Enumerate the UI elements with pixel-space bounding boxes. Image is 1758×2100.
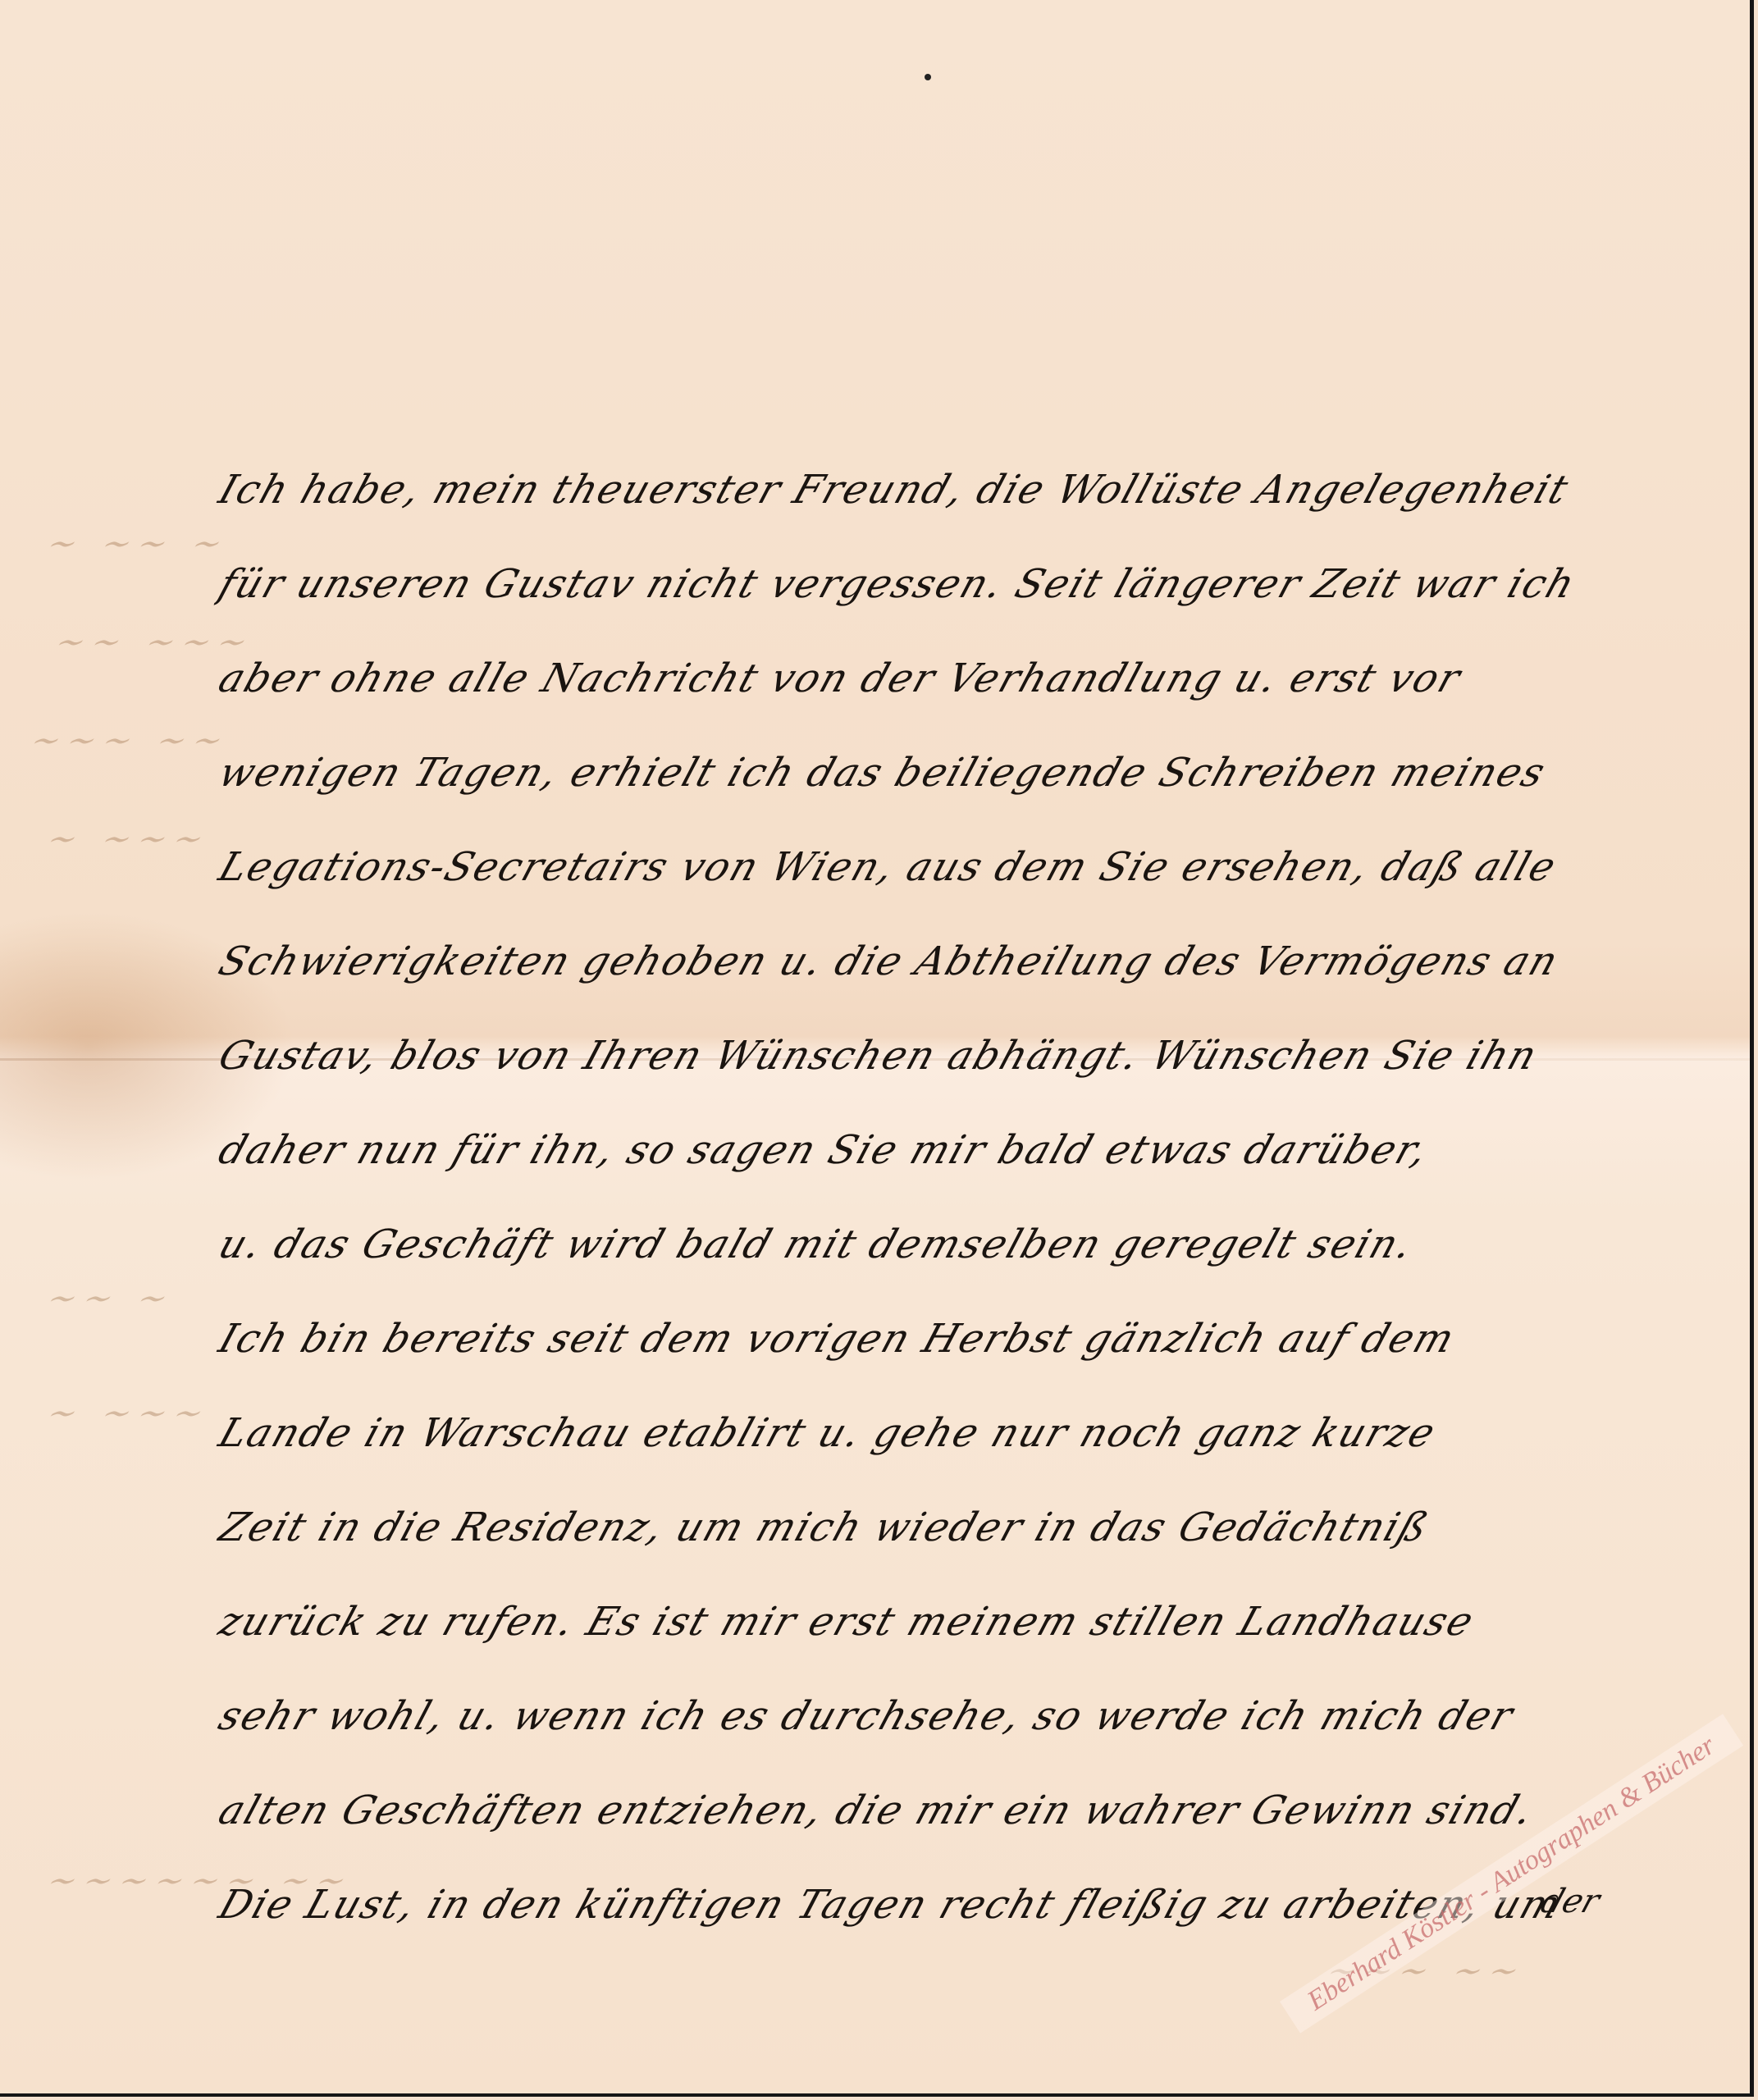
bleed-through-ink: ~~ ~ xyxy=(36,1280,188,1317)
letter-line: sehr wohl, u. wenn ich es durchsehe, so … xyxy=(205,1669,1753,1764)
letter-line: aber ohne alle Nachricht von der Verhand… xyxy=(205,632,1753,726)
letter-line: wenigen Tagen, erhielt ich das beiliegen… xyxy=(205,726,1753,820)
letter-line: daher nun für ihn, so sagen Sie mir bald… xyxy=(205,1103,1753,1198)
letter-line: Lande in Warschau etablirt u. gehe nur n… xyxy=(205,1386,1753,1481)
letter-page: • ~ ~~ ~ ~~ ~~~ ~~~ ~~ ~ ~~~ ~~ ~ ~ ~~~ … xyxy=(0,0,1754,2097)
letter-line: u. das Geschäft wird bald mit demselben … xyxy=(205,1198,1753,1292)
bleed-through-ink: ~ ~~~ xyxy=(36,1395,224,1432)
bleed-through-ink: ~ ~~~ xyxy=(36,820,224,858)
letter-line: Ich bin bereits seit dem vorigen Herbst … xyxy=(205,1292,1753,1386)
letter-line: zurück zu rufen. Es ist mir erst meinem … xyxy=(205,1575,1753,1669)
letter-line: für unseren Gustav nicht vergessen. Seit… xyxy=(205,537,1753,632)
letter-body: Ich habe, mein theuerster Freund, die Wo… xyxy=(205,443,1723,1952)
letter-line: Schwierigkeiten gehoben u. die Abtheilun… xyxy=(205,915,1753,1009)
letter-line: Zeit in die Residenz, um mich wieder in … xyxy=(205,1481,1753,1575)
letter-line: Ich habe, mein theuerster Freund, die Wo… xyxy=(205,443,1753,537)
letter-line: Legations-Secretairs von Wien, aus dem S… xyxy=(205,820,1753,915)
ink-dot-mark: • xyxy=(925,74,931,80)
letter-line: Gustav, blos von Ihren Wünschen abhängt.… xyxy=(205,1009,1753,1103)
